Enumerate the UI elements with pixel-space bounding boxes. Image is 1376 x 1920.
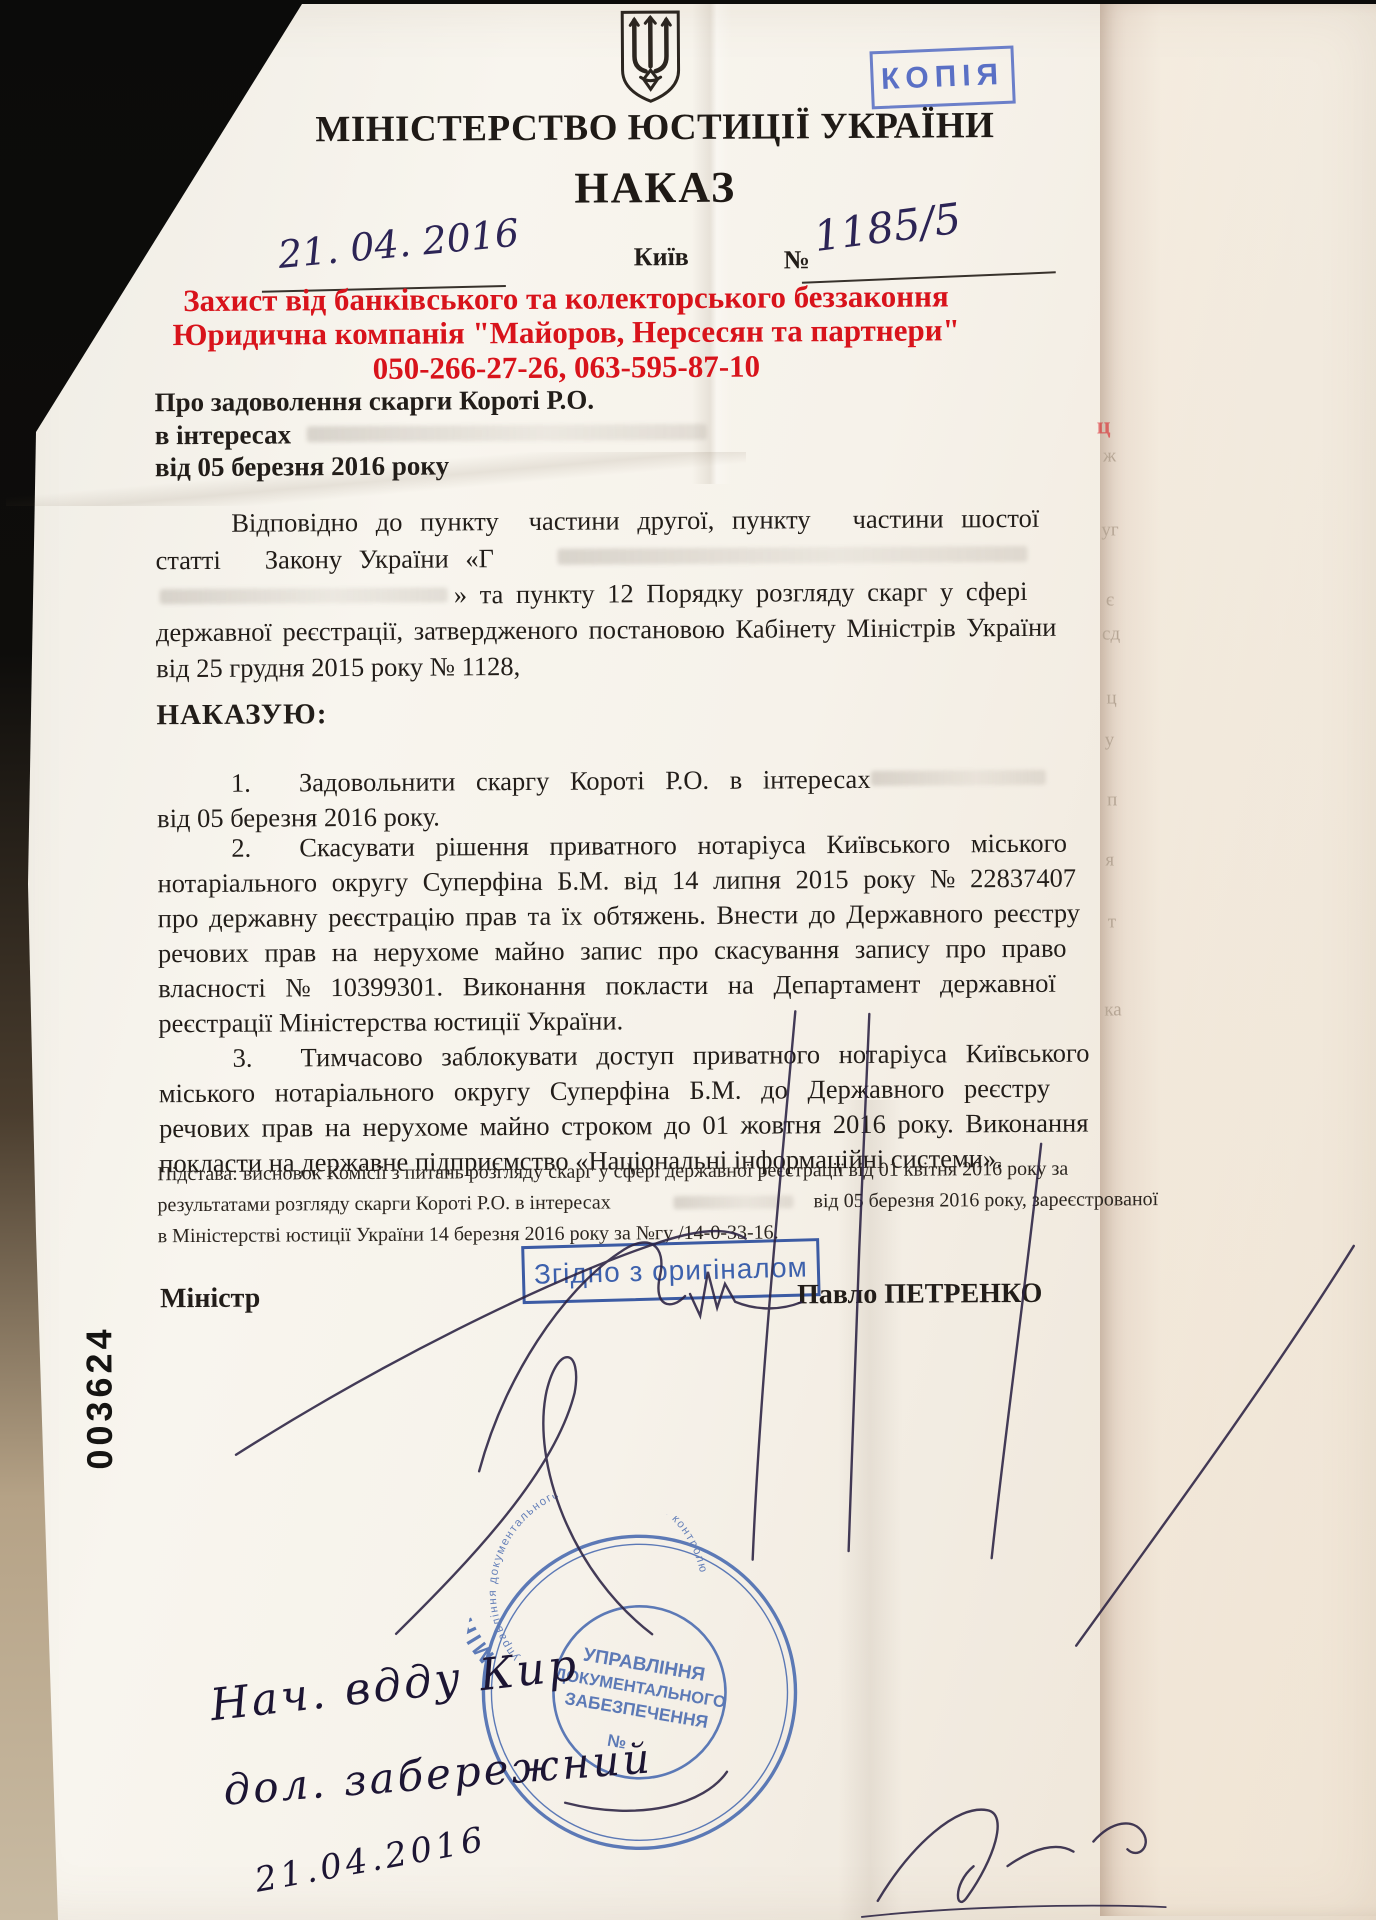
- order-item1-line2: від 05 березня 2016 року.: [157, 802, 440, 835]
- handwritten-date: 21. 04. 2016: [276, 211, 521, 277]
- basis-line1: Підстава: висновок Комісії з питань розг…: [157, 1158, 1068, 1187]
- minister-name: Павло ПЕТРЕНКО: [797, 1278, 1043, 1311]
- ukraine-trident-emblem-icon: [612, 8, 689, 106]
- basis-line2a: результатами розгляду скарги Короті Р.О.…: [157, 1191, 610, 1217]
- preamble-seg: частини другої, пункту: [529, 504, 811, 536]
- order-item2-line2: нотаріального округу Суперфіна Б.М. від …: [157, 863, 1076, 900]
- copy-stamp-label: КОПІЯ: [880, 58, 1004, 97]
- ad-overlay-phone-line: 050-266-27-26, 063-595-87-10: [66, 347, 1066, 389]
- doc-type-title: НАКАЗ: [155, 159, 1155, 216]
- order-item3-line3: речових прав на нерухоме майно строком д…: [159, 1108, 1089, 1145]
- redaction-smudge: [673, 1195, 793, 1209]
- preamble-seg: частини шостої: [853, 503, 1040, 534]
- preamble-seg: статті: [155, 545, 220, 575]
- preamble-line2: статтіЗакону України «Г: [155, 543, 494, 576]
- edge-fragment: т: [1108, 911, 1116, 933]
- preamble-line5: від 25 грудня 2015 року № 1128,: [156, 651, 520, 684]
- subject-line1: Про задоволення скарги Короті Р.О.: [154, 385, 594, 419]
- edge-fragment: ж: [1103, 445, 1116, 467]
- order-item2-line6: реєстрації Міністерства юстиції України.: [158, 1005, 623, 1039]
- order-item3-number: 3.: [232, 1043, 252, 1074]
- edge-fragment: я: [1105, 849, 1114, 871]
- scanned-document-page: КОПІЯ МІНІСТЕРСТВО ЮСТИЦІЇ УКРАЇНИ НАКАЗ…: [0, 0, 1376, 1920]
- handwritten-note-date: 21.04.2016: [252, 1819, 490, 1901]
- redaction-smudge: [871, 770, 1046, 786]
- preamble-line3: » та пункту 12 Порядку розгляду скарг у …: [454, 576, 1028, 611]
- order-item2-line1: Скасувати рішення приватного нотаріуса К…: [299, 828, 1067, 864]
- redaction-smudge: [307, 424, 707, 442]
- edge-fragment: ц: [1106, 687, 1116, 709]
- edge-fragment: п: [1107, 789, 1117, 811]
- order-item2-line5: власності № 10399301. Виконання покласти…: [158, 968, 1056, 1004]
- redaction-smudge: [557, 546, 1027, 565]
- document-content: КОПІЯ МІНІСТЕРСТВО ЮСТИЦІЇ УКРАЇНИ НАКАЗ…: [0, 0, 1376, 1920]
- order-item1-number: 1.: [231, 768, 251, 799]
- certified-copy-stamp: Згідно з оригіналом: [521, 1238, 820, 1304]
- edge-fragment: у: [1105, 729, 1115, 751]
- subject-line3: від 05 березня 2016 року: [155, 450, 449, 483]
- preamble-line1: Відповідно до пунктучастини другої, пунк…: [231, 503, 1039, 539]
- city-label: Київ: [634, 242, 689, 272]
- basis-line2b: від 05 березня 2016 року, зареєстрованої: [813, 1188, 1158, 1213]
- order-item2-line4: речових прав на нерухоме майно запис про…: [158, 933, 1067, 970]
- edge-red-fragment: ц: [1097, 413, 1111, 440]
- serial-number-vertical: 003624: [78, 1325, 121, 1469]
- preamble-seg: Відповідно до пункту: [231, 506, 499, 538]
- order-item3-line1: Тимчасово заблокувати доступ приватного …: [300, 1038, 1089, 1074]
- preamble-line4: державної реєстрації, затвердженого пост…: [156, 612, 1057, 649]
- order-header: НАКАЗУЮ:: [156, 698, 327, 732]
- redaction-smudge: [160, 587, 448, 604]
- subject-line2: в інтересах: [155, 419, 291, 451]
- edge-fragment: ка: [1104, 999, 1122, 1021]
- copy-stamp: КОПІЯ: [869, 46, 1015, 110]
- edge-fragment: сд: [1102, 623, 1120, 645]
- order-item3-line2: міського нотаріального округу Суперфіна …: [159, 1073, 1051, 1109]
- order-item1-line1: Задовольнити скаргу Короті Р.О. в інтере…: [299, 764, 871, 798]
- order-item2-line3: про державну реєстрацію прав та їх обтяж…: [158, 898, 1080, 935]
- minister-title: Міністр: [160, 1283, 260, 1316]
- ministry-title: МІНІСТЕРСТВО ЮСТИЦІЇ УКРАЇНИ: [155, 103, 1155, 152]
- order-item2-number: 2.: [231, 833, 251, 864]
- approver-signature-stroke: [877, 1810, 998, 1903]
- edge-fragment: уг: [1101, 519, 1118, 541]
- number-sign: №: [784, 245, 810, 275]
- preamble-seg: Закону України «Г: [265, 543, 494, 574]
- edge-fragment: є: [1106, 589, 1114, 611]
- certified-copy-stamp-label: Згідно з оригіналом: [534, 1251, 809, 1290]
